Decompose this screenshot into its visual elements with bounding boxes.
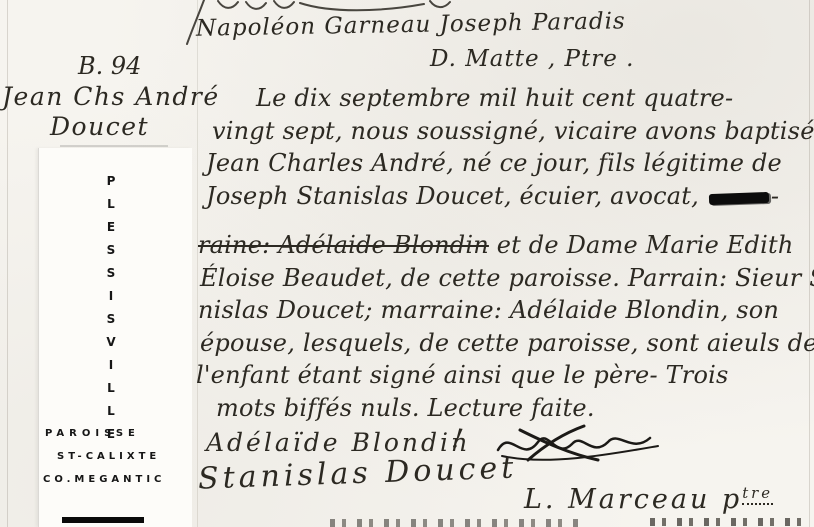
clipped-footer-fragment-left — [330, 519, 580, 527]
left-scan-edge-line — [7, 0, 8, 527]
act-body-line-6: Éloise Beaudet, de cette paroisse. Parra… — [200, 264, 814, 292]
act-body-line-9: l'enfant étant signé ainsi que le père- … — [196, 361, 729, 389]
margin-rule-line — [197, 0, 198, 527]
signature-priest: L. Marceau ptre — [524, 484, 773, 515]
signature-godfather: Stanislas Doucet — [197, 450, 517, 496]
clipped-footer-fragment-right — [650, 518, 808, 526]
signature-priest-name: L. Marceau p — [524, 484, 742, 515]
act-body-line-5-rest: et de Dame Marie Edith — [489, 231, 794, 259]
act-body-line-8: épouse, lesquels, de cette paroisse, son… — [200, 329, 814, 357]
scanned-register-page: Napoléon Garneau Joseph Paradis D. Matte… — [0, 0, 814, 527]
act-body-line-3: Jean Charles André, né ce jour, fils lég… — [206, 149, 782, 177]
margin-child-name-line2: Doucet — [50, 112, 149, 141]
act-body-line-1: Le dix septembre mil huit cent quatre- — [256, 84, 733, 112]
stamp-parish-name-vertical: PLESSISVILLE — [105, 174, 117, 450]
margin-act-number: B. 94 — [78, 52, 141, 80]
stamp-county-label: CO.MEGANTIC — [43, 474, 165, 485]
priest-attestation: D. Matte , Ptre . — [430, 46, 634, 72]
act-body-line-4: Joseph Stanislas Doucet, écuier, avocat,… — [206, 182, 779, 210]
act-body-line-5: raine: Adélaide Blondin et de Dame Marie… — [198, 231, 793, 259]
struck-out-text: raine: Adélaide Blondin — [198, 231, 489, 259]
parish-stamp-card: PLESSISVILLE PAROISSE ST-CALIXTE CO.MEGA… — [38, 148, 192, 527]
signature-priest-superscript: tre — [742, 484, 773, 505]
act-body-line-4-suffix: - — [771, 182, 779, 210]
act-body-line-2: vingt sept, nous soussigné, vicaire avon… — [212, 117, 814, 145]
act-body-line-7: nislas Doucet; marraine: Adélaide Blondi… — [198, 296, 779, 324]
blacked-out-word — [709, 192, 769, 205]
act-body-line-4-text: Joseph Stanislas Doucet, écuier, avocat, — [206, 182, 699, 210]
act-body-line-10: mots biffés nuls. Lecture faite. — [216, 394, 595, 422]
stamp-paroisse-label: PAROISSE — [45, 428, 140, 439]
crossed-out-signature-scribble — [492, 420, 664, 470]
faint-scan-mark — [60, 145, 168, 147]
margin-child-name-line1: Jean Chs André — [2, 82, 220, 111]
black-redaction-bar — [62, 517, 144, 523]
stamp-saint-label: ST-CALIXTE — [57, 451, 160, 462]
